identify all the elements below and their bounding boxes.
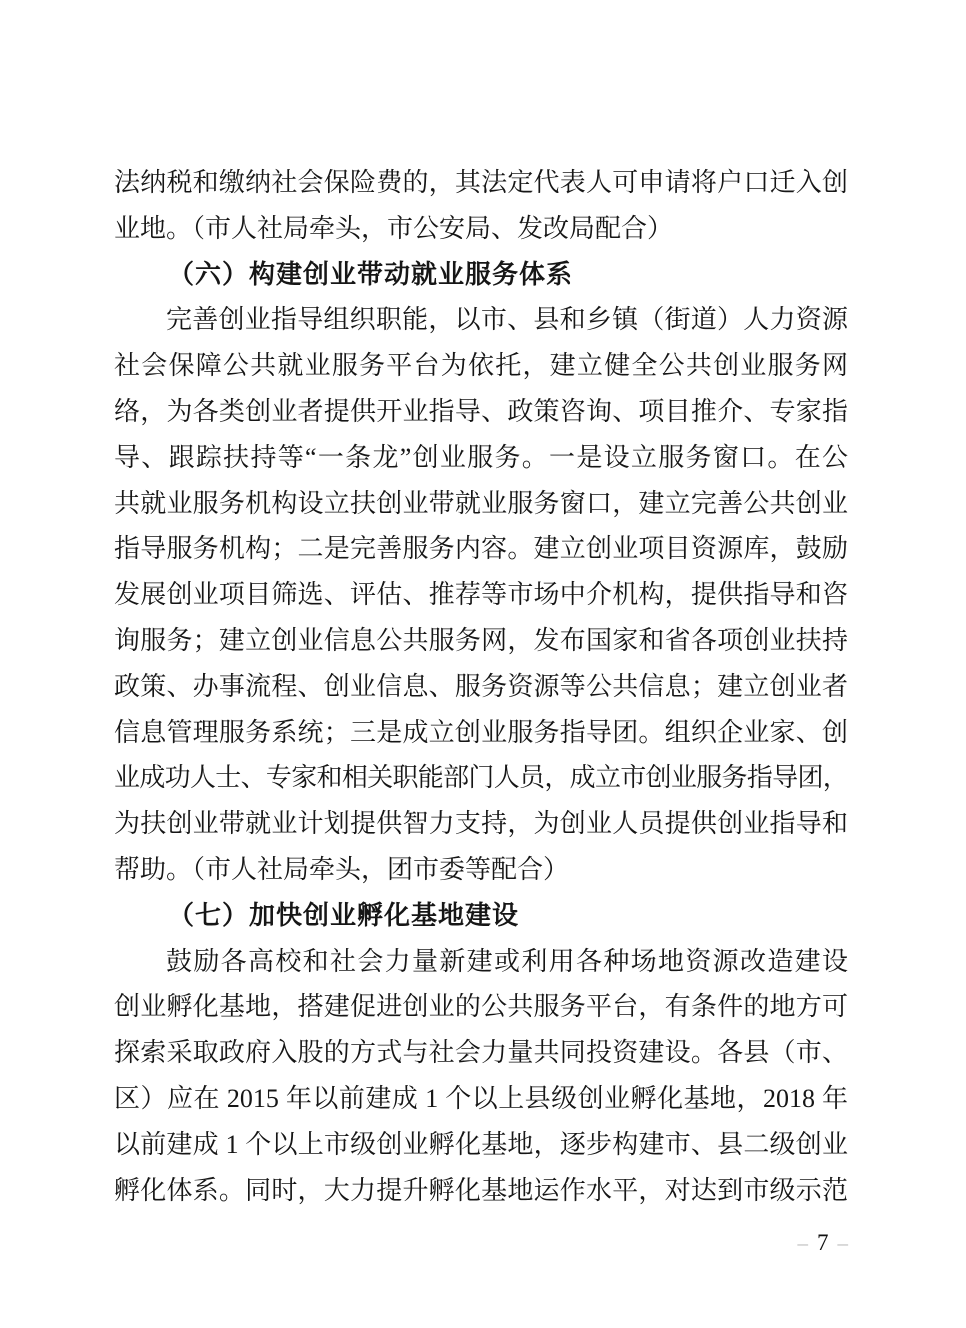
- page-number-value: 7: [817, 1230, 829, 1255]
- text-line: 法纳税和缴纳社会保险费的，其法定代表人可申请将户口迁入创: [114, 160, 848, 206]
- text-line: 以前建成 1 个以上市级创业孵化基地，逐步构建市、县二级创业: [114, 1122, 848, 1168]
- text-line: 孵化体系。同时，大力提升孵化基地运作水平，对达到市级示范: [114, 1168, 848, 1214]
- paragraph-last-line: 业地。（市人社局牵头，市公安局、发改局配合）: [114, 206, 848, 252]
- text-line: 政策、办事流程、创业信息、服务资源等公共信息；建立创业者: [114, 664, 848, 710]
- page-number: –7–: [798, 1228, 849, 1258]
- text-line: 导、跟踪扶持等“一条龙”创业服务。一是设立服务窗口。在公: [114, 435, 848, 481]
- text-line: 探索采取政府入股的方式与社会力量共同投资建设。各县（市、: [114, 1030, 848, 1076]
- paragraph-first-line: 完善创业指导组织职能，以市、县和乡镇（街道）人力资源: [114, 297, 848, 343]
- text-line: 区）应在 2015 年以前建成 1 个以上县级创业孵化基地，2018 年: [114, 1076, 848, 1122]
- text-line: 指导服务机构；二是完善服务内容。建立创业项目资源库，鼓励: [114, 526, 848, 572]
- paragraph-last-line: 帮助。（市人社局牵头，团市委等配合）: [114, 847, 848, 893]
- page-number-dash-left: –: [798, 1231, 809, 1255]
- text-line: 社会保障公共就业服务平台为依托，建立健全公共创业服务网: [114, 343, 848, 389]
- text-line: 共就业服务机构设立扶创业带就业服务窗口，建立完善公共创业: [114, 481, 848, 527]
- text-line: 为扶创业带就业计划提供智力支持，为创业人员提供创业指导和: [114, 801, 848, 847]
- text-line: 创业孵化基地，搭建促进创业的公共服务平台，有条件的地方可: [114, 984, 848, 1030]
- text-line: 询服务；建立创业信息公共服务网，发布国家和省各项创业扶持: [114, 618, 848, 664]
- text-line: 络，为各类创业者提供开业指导、政策咨询、项目推介、专家指: [114, 389, 848, 435]
- section-heading-seven: （七）加快创业孵化基地建设: [114, 893, 848, 939]
- text-line: 信息管理服务系统；三是成立创业服务指导团。组织企业家、创: [114, 710, 848, 756]
- text-line: 业成功人士、专家和相关职能部门人员，成立市创业服务指导团，: [114, 755, 848, 801]
- text-line: 发展创业项目筛选、评估、推荐等市场中介机构，提供指导和咨: [114, 572, 848, 618]
- page-number-dash-right: –: [838, 1231, 849, 1255]
- section-heading-six: （六）构建创业带动就业服务体系: [114, 252, 848, 298]
- document-body: 法纳税和缴纳社会保险费的，其法定代表人可申请将户口迁入创 业地。（市人社局牵头，…: [114, 160, 848, 1213]
- document-page: { "document": { "lines": [ { "text": "法纳…: [0, 0, 966, 1328]
- paragraph-first-line: 鼓励各高校和社会力量新建或利用各种场地资源改造建设: [114, 939, 848, 985]
